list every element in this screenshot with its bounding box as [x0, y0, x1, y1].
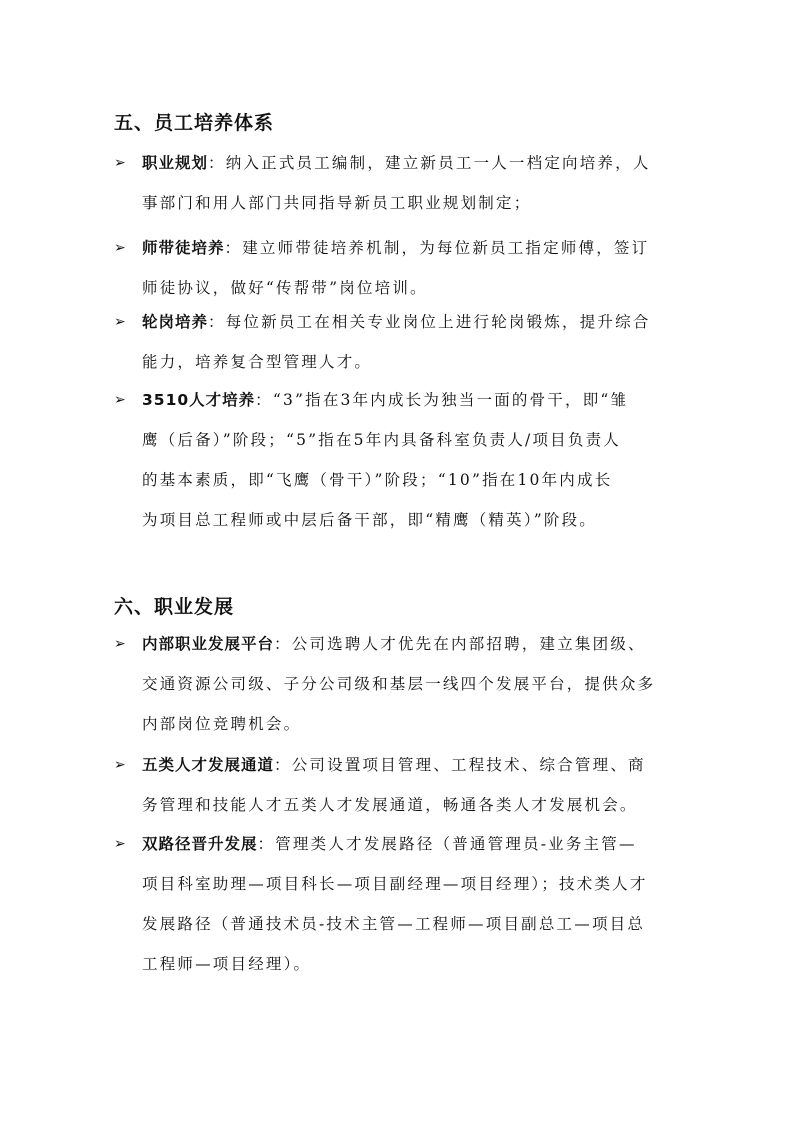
arrow-bullet-icon: ➢	[114, 624, 128, 664]
list-item-five-channels: ➢ 五类人才发展通道：公司设置项目管理、工程技术、综合管理、商 务管理和技能人才…	[114, 745, 686, 825]
item-label: 轮岗培养	[142, 313, 208, 331]
item-label: 师带徒培养	[142, 239, 225, 257]
arrow-bullet-icon: ➢	[114, 380, 128, 420]
arrow-bullet-icon: ➢	[114, 745, 128, 785]
item-label: 内部职业发展平台	[142, 635, 274, 653]
arrow-bullet-icon: ➢	[114, 302, 128, 342]
arrow-bullet-icon: ➢	[114, 143, 128, 183]
arrow-bullet-icon: ➢	[114, 824, 128, 864]
list-item-internal-platform: ➢ 内部职业发展平台：公司选聘人才优先在内部招聘，建立集团级、 交通资源公司级、…	[114, 624, 686, 744]
list-item-dual-path: ➢ 双路径晋升发展：管理类人才发展路径（普通管理员-业务主管— 项目科室助理—项…	[114, 824, 686, 984]
list-item-mentorship: ➢ 师带徒培养：建立师带徒培养机制，为每位新员工指定师傅，签订 师徒协议，做好“…	[114, 228, 686, 308]
item-label: 3510人才培养	[142, 391, 255, 409]
item-label: 双路径晋升发展	[142, 835, 258, 853]
arrow-bullet-icon: ➢	[114, 228, 128, 268]
item-label: 五类人才发展通道	[142, 756, 274, 774]
document-page: 五、员工培养体系 ➢ 职业规划：纳入正式员工编制，建立新员工一人一档定向培养，人…	[0, 0, 794, 1123]
item-label: 职业规划	[142, 154, 208, 172]
list-item-rotation: ➢ 轮岗培养：每位新员工在相关专业岗位上进行轮岗锻炼，提升综合 能力，培养复合型…	[114, 302, 686, 382]
list-item-career-planning: ➢ 职业规划：纳入正式员工编制，建立新员工一人一档定向培养，人 事部门和用人部门…	[114, 143, 686, 223]
section-title-training: 五、员工培养体系	[114, 108, 274, 135]
list-item-3510: ➢ 3510人才培养：“3”指在3年内成长为独当一面的骨干，即“雏 鹰（后备）”…	[114, 380, 686, 540]
section-title-career: 六、职业发展	[114, 592, 234, 619]
